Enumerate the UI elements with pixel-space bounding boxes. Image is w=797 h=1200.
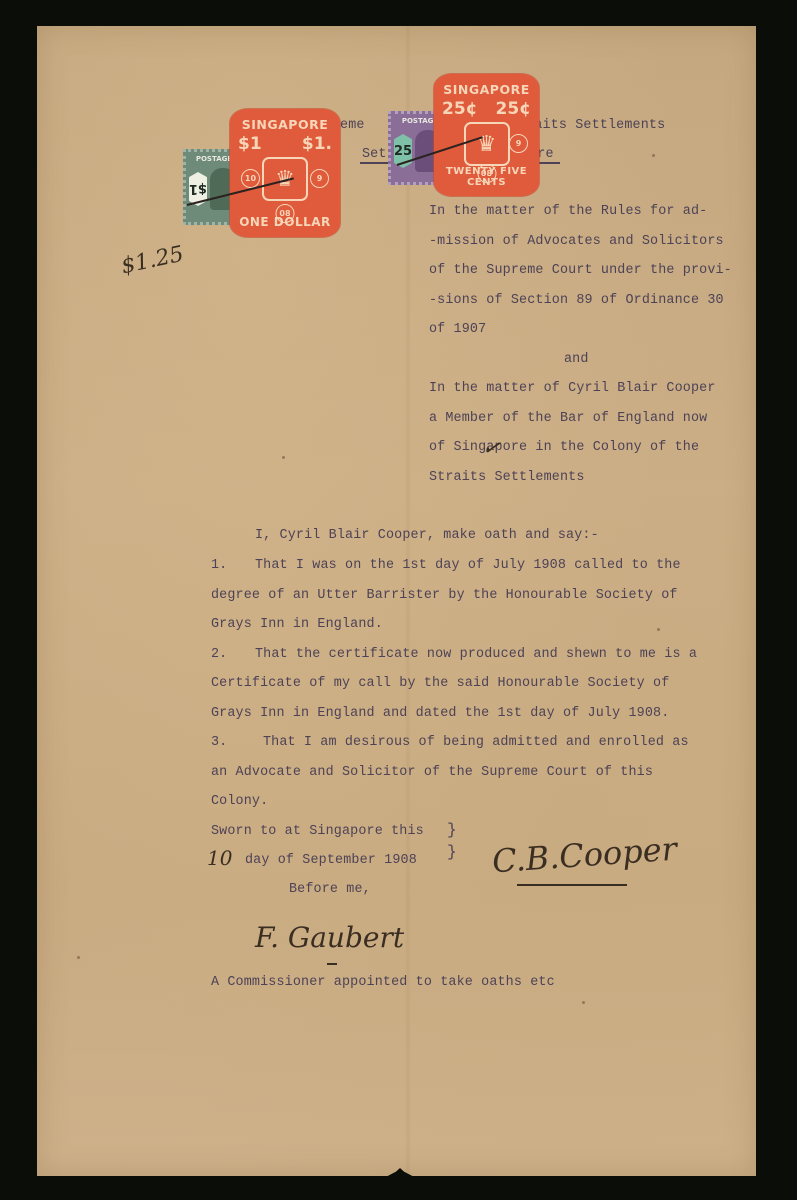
paragraph-line: an Advocate and Solicitor of the Supreme… [211, 765, 653, 781]
stamp-revenue-25-cents: SINGAPORE 25¢ 25¢ ♛ 9 08 TWENTY FIVE CEN… [434, 74, 539, 196]
jurat-before-me: Before me, [289, 882, 371, 898]
stamp-country: SINGAPORE [230, 117, 340, 132]
paragraph-line: Grays Inn in England. [211, 617, 383, 633]
paper-speck [77, 956, 80, 959]
jurat-line-2: day of September 1908 [245, 853, 417, 869]
stamp-value-right: 25¢ [496, 99, 532, 119]
deponent-signature: C.B.Cooper [491, 830, 678, 881]
title-line: of 1907 [429, 322, 486, 338]
paragraph-number: 2. [211, 647, 227, 663]
stamp-value-left: 25¢ [442, 99, 478, 119]
jurat-brace: } [447, 844, 457, 860]
paper-speck [582, 1001, 585, 1004]
signature-dash [327, 963, 337, 965]
paper-speck [657, 628, 660, 631]
title-line: of the Supreme Court under the provi- [429, 263, 732, 279]
paragraph-number: 3. [211, 735, 227, 751]
settlement-line-left: Set [362, 147, 387, 163]
paragraph-line: Certificate of my call by the said Honou… [211, 676, 669, 692]
title-line: Straits Settlements [429, 470, 585, 486]
document-page: In the Supreme the Straits Settlements S… [37, 26, 756, 1176]
stamp-denomination: ONE DOLLAR [230, 215, 340, 229]
commissioner-signature: F. Gaubert [255, 921, 404, 954]
paragraph-line: That the certificate now produced and sh… [255, 647, 697, 663]
paper-speck [282, 456, 285, 459]
paper-speck [652, 154, 655, 157]
title-line: In the matter of the Rules for ad- [429, 204, 707, 220]
paragraph-line: Colony. [211, 794, 268, 810]
paragraph-number: 1. [211, 558, 227, 574]
stamp-value-right: $1. [302, 134, 332, 154]
commissioner-title: A Commissioner appointed to take oaths e… [211, 975, 555, 991]
jurat-line-1: Sworn to at Singapore this [211, 824, 424, 840]
stamp-value-left: $1 [238, 134, 262, 154]
title-line: of Singapore in the Colony of the [429, 440, 699, 456]
stamp-circle-right: 9 [310, 169, 329, 188]
stamp-circle-right: 9 [509, 134, 528, 153]
paragraph-line: degree of an Utter Barrister by the Hono… [211, 588, 678, 604]
margin-note-fee: $1.25 [119, 242, 186, 280]
stamp-revenue-one-dollar: SINGAPORE $1 $1. ♛ 10 9 08 ONE DOLLAR [230, 109, 340, 237]
jurat-brace: } [447, 822, 457, 838]
title-line: -mission of Advocates and Solicitors [429, 234, 724, 250]
crown-icon: ♛ [464, 122, 510, 166]
jurat-day-handwritten: 10 [207, 846, 232, 870]
title-conjunction: and [564, 352, 589, 368]
title-line: In the matter of Cyril Blair Cooper [429, 381, 716, 397]
stamp-circle-left: 10 [241, 169, 260, 188]
paragraph-line: Grays Inn in England and dated the 1st d… [211, 706, 669, 722]
oath-intro: I, Cyril Blair Cooper, make oath and say… [255, 528, 599, 544]
check-mark-icon: ✓ [480, 435, 502, 463]
paragraph-line: That I was on the 1st day of July 1908 c… [255, 558, 681, 574]
paragraph-line: That I am desirous of being admitted and… [263, 735, 689, 751]
stamp-country: SINGAPORE [434, 82, 539, 97]
stamp-denomination: TWENTY FIVE CENTS [434, 166, 539, 188]
signature-underline [517, 884, 627, 886]
title-line: -sions of Section 89 of Ordinance 30 [429, 293, 724, 309]
title-line: a Member of the Bar of England now [429, 411, 707, 427]
